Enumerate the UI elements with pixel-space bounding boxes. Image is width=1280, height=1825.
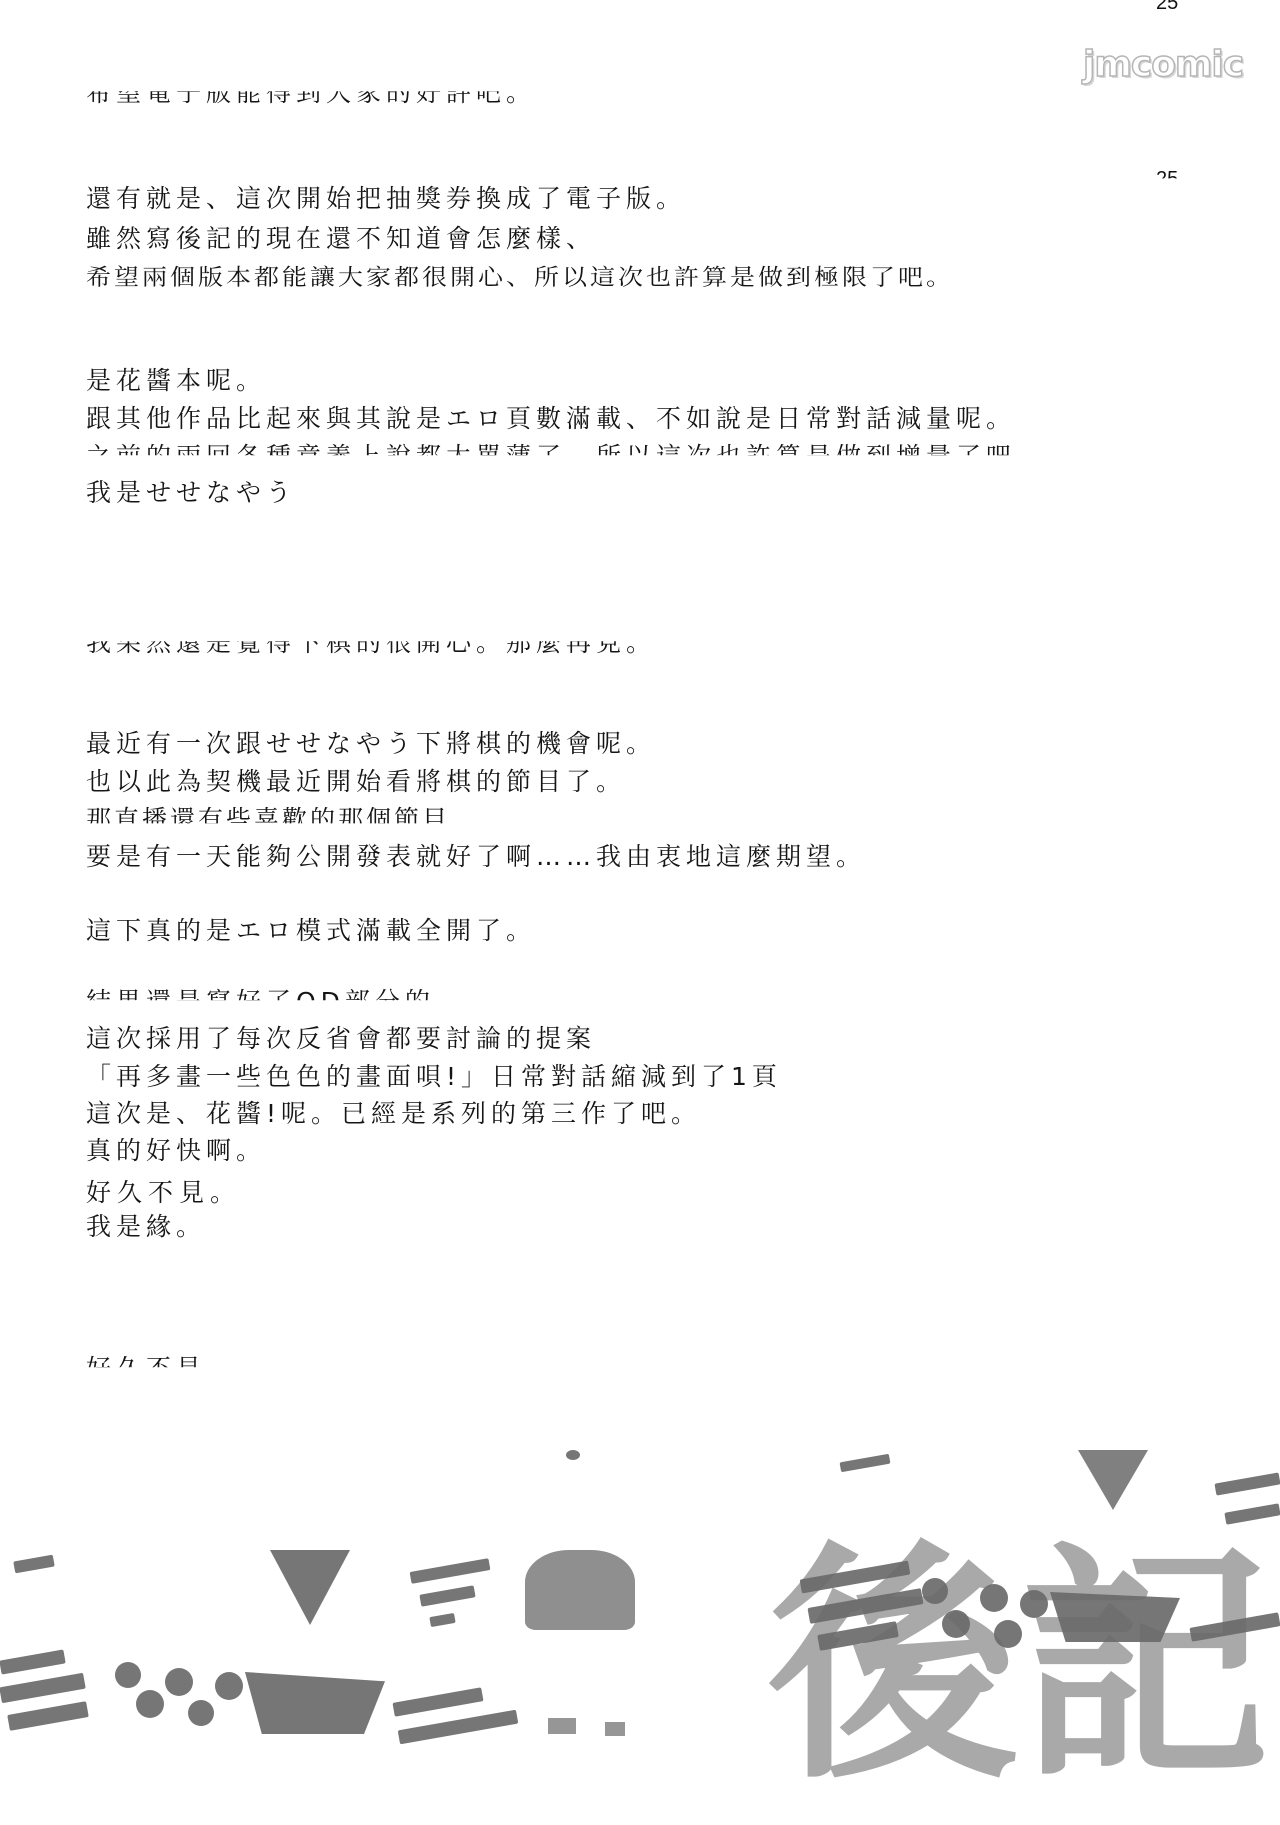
decor-dot	[1020, 1590, 1048, 1618]
afterword-line: 「再多畫一些色色的畫面唄!」日常對話縮減到了1頁	[86, 1060, 782, 1094]
author-signature-text: 我是せせなやう	[86, 478, 296, 507]
afterword-line: 還有就是、這次開始把抽獎券換成了電子版。	[86, 182, 686, 216]
decor-stripe	[429, 1613, 455, 1627]
decor-dot	[994, 1620, 1022, 1648]
decor-stripe	[419, 1585, 475, 1606]
afterword-line: 我是緣。	[86, 1210, 206, 1244]
afterword-line: 好久不見。	[86, 1176, 241, 1210]
afterword-line: 是花醬本呢。	[86, 364, 266, 398]
decor-dot	[980, 1584, 1008, 1612]
decor-dot	[215, 1672, 243, 1700]
decor-dot	[188, 1700, 214, 1726]
page-number: 25	[1156, 0, 1178, 15]
decor-stripe	[392, 1687, 483, 1716]
afterword-line: 跟其他作品比起來與其說是エロ頁數滿載、不如說是日常對話減量呢。	[86, 402, 1016, 436]
afterword-line: 雖然寫後記的現在還不知道會怎麼樣、	[86, 222, 596, 256]
afterword-line: 我果然還是覺得下棋的很開心。那麼再見。	[86, 626, 656, 660]
decor-dot	[136, 1690, 164, 1718]
decor-stripe	[7, 1701, 89, 1731]
decor-dot	[165, 1668, 193, 1696]
afterword-line-garbled: 那直播還有些喜歡的那個節目	[86, 803, 450, 837]
decor-blob	[525, 1550, 635, 1630]
author-signature: 我是せせなやう	[86, 476, 296, 510]
decorative-banner: 後 記	[0, 1450, 1280, 1825]
decor-stripe	[398, 1710, 519, 1745]
watermark-logo: jmcomic	[1083, 44, 1243, 85]
decor-dot	[942, 1610, 970, 1638]
afterword-line: 這次是、花醬!呢。已經是系列的第三作了吧。	[86, 1097, 701, 1131]
afterword-line-garbled: 希望兩個版本都能讓大家都很開心、所以這次也許算是做到極限了吧。	[86, 263, 954, 294]
afterword-line: 希望電子版能得到大家的好評吧。	[86, 76, 536, 110]
decor-stripe	[410, 1558, 491, 1584]
decor-triangle	[1078, 1450, 1148, 1510]
afterword-line: 好久不見	[86, 1352, 206, 1386]
afterword-title-char: 記	[1020, 1542, 1270, 1792]
decor-stripe	[0, 1673, 86, 1704]
afterword-line: 結果還是寫好了OD部分的	[86, 985, 435, 1019]
decor-stripe	[1214, 1472, 1280, 1495]
decor-stripe	[13, 1555, 54, 1574]
decor-shape	[605, 1722, 625, 1736]
afterword-line: 這下真的是エロ模式滿載全開了。	[86, 914, 536, 948]
page-number-duplicate: 25	[1156, 168, 1178, 191]
decor-stripe	[0, 1649, 66, 1674]
afterword-line: 真的好快啊。	[86, 1134, 266, 1168]
decor-stripe	[840, 1454, 891, 1473]
afterword-line: 這次採用了每次反省會都要討論的提案	[86, 1022, 596, 1056]
decor-triangle	[270, 1550, 350, 1625]
decor-trapezoid	[1050, 1592, 1180, 1642]
afterword-line: 要是有一天能夠公開發表就好了啊……我由衷地這麼期望。	[86, 840, 866, 874]
decor-shape	[548, 1718, 576, 1734]
afterword-line: 之前的兩回各種意義上說都太單薄了、所以這次也許算是做到增量了吧。	[86, 440, 1046, 474]
decor-shape	[566, 1450, 580, 1460]
decor-trapezoid	[245, 1672, 385, 1734]
afterword-line: 最近有一次跟せせなやう下將棋的機會呢。	[86, 727, 656, 761]
afterword-line: 也以此為契機最近開始看將棋的節目了。	[86, 765, 626, 799]
decor-dot	[115, 1662, 141, 1688]
decor-dot	[922, 1578, 948, 1604]
